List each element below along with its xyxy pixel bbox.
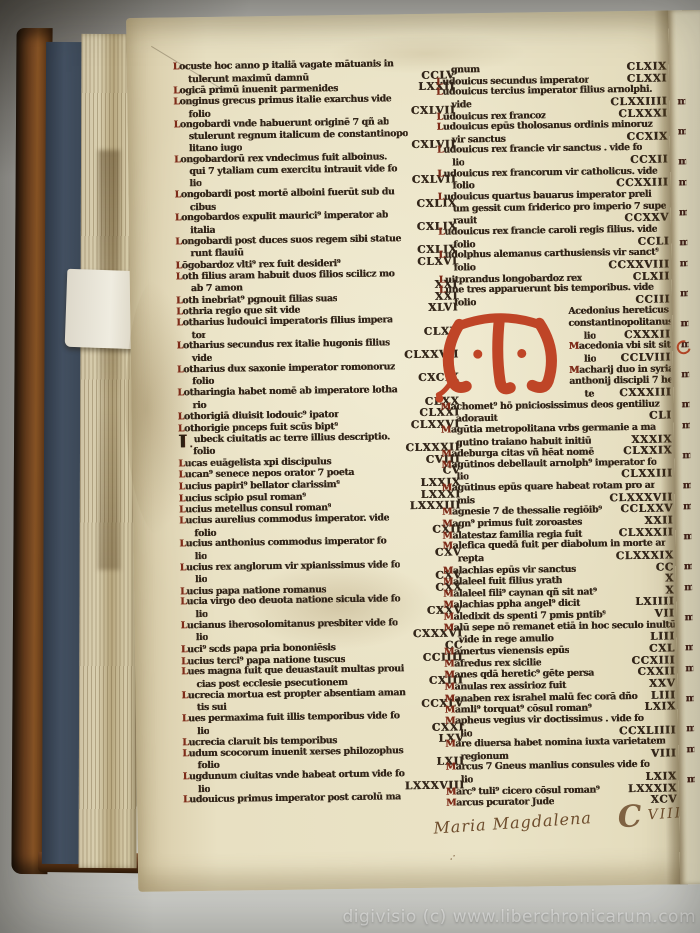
rubricated-initial: L — [175, 213, 181, 224]
rubricated-initial: M — [444, 647, 454, 658]
entry-text: lio — [180, 609, 207, 620]
rubricated-initial: L — [182, 748, 188, 759]
rubricated-initial: L — [181, 644, 187, 655]
rubricated-initial: L — [179, 493, 185, 504]
rubricated-initial: M — [442, 483, 452, 494]
fore-edge-partial-glyph: m — [686, 744, 694, 755]
watermark-text: digivisio (c) www.liberchronicarum.com — [342, 907, 696, 927]
rubricated-initial: M — [443, 565, 453, 576]
fore-edge-partial-glyph: m — [686, 693, 694, 704]
entry-text: rio — [177, 400, 206, 411]
fore-edge-partial-glyph: m — [687, 774, 695, 785]
text-column-right: gnumCLXIXLudouicus secundus imperatorCLX… — [436, 60, 677, 808]
rubricated-initial: M — [445, 739, 455, 750]
rubricated-initial: M — [444, 658, 454, 669]
entry-text: lio — [182, 725, 209, 736]
fore-edge-partial-glyph: m — [679, 258, 687, 269]
rubricated-initial: L — [180, 562, 186, 573]
rubricated-initial: L — [178, 423, 184, 434]
rubricated-initial: L — [181, 656, 187, 667]
rubricated-initial: L — [180, 597, 186, 608]
rubricated-initial: L — [180, 620, 186, 631]
rubricated-initial: L — [174, 189, 180, 200]
rubricated-initial: L — [183, 795, 189, 806]
entry-text: Macedonia vbi sit sita fo — [569, 340, 671, 352]
book-photograph: Locuste hoc anno p italiā vagate mātuani… — [0, 0, 700, 933]
fore-edge-partial-glyph: m — [682, 450, 690, 461]
fore-edge-partial-glyph: m — [678, 156, 686, 167]
entry-text: lio — [445, 728, 472, 739]
entry-text: folio — [439, 262, 476, 274]
rubricated-initial: L — [436, 76, 442, 87]
rubricated-initial: L — [436, 111, 442, 122]
rubricated-initial: M — [443, 577, 453, 588]
rubricated-initial: M — [443, 588, 453, 599]
fore-edge-partial-glyph: m — [683, 501, 691, 512]
rubricated-initial: L — [439, 274, 445, 285]
entry-text: runt flauiū — [175, 248, 243, 260]
entry-text: Ludouicus primus imperator post carolū m… — [183, 792, 401, 806]
rubricated-initial: M — [569, 364, 579, 375]
fore-edge-partial-glyph: m — [681, 369, 689, 380]
entry-text: Malaleel fuit filius yrath — [443, 575, 562, 588]
handwriting-mark: C — [617, 799, 643, 836]
rubricated-initial: L — [181, 690, 187, 701]
rubricated-initial: M — [441, 424, 451, 435]
fore-edge-red-mark — [674, 338, 693, 357]
rubricated-initial: L — [178, 470, 184, 481]
entry-text: lio — [569, 353, 596, 364]
rubricated-initial: L — [173, 119, 179, 130]
entry-text: Lucius scipio psul roman⁹ — [179, 491, 306, 504]
rubricated-initial: M — [446, 786, 456, 797]
fore-edge-partial-glyph: m — [680, 288, 688, 299]
rubricated-initial: M — [441, 449, 451, 460]
rubricated-initial: M — [445, 715, 455, 726]
rubricated-initial: L — [179, 481, 185, 492]
rubricated-initial: L — [179, 515, 185, 526]
entry-text: Marc⁹ tuli⁹ cicero cōsul roman⁹ — [446, 784, 600, 797]
rubricated-initial: L — [173, 86, 179, 97]
rubricated-initial: L — [175, 260, 181, 271]
rubricated-initial: L — [179, 538, 185, 549]
ink-dots: .· — [449, 851, 456, 862]
rubricated-initial: M — [445, 705, 455, 716]
rubricated-initial: L — [173, 61, 179, 72]
rubricated-initial: L — [182, 713, 188, 724]
entry-text: lio — [446, 774, 473, 785]
fore-edge-partial-glyph: m — [679, 207, 687, 218]
rubricated-initial: M — [444, 681, 454, 692]
entry-text: lio — [183, 784, 210, 795]
fore-edge-partial-glyph: m — [684, 582, 692, 593]
rubricated-initial: L — [176, 295, 182, 306]
entry-text: lio — [181, 632, 208, 643]
fore-edge-partial-glyph: m — [677, 96, 685, 107]
entry-text: lio — [174, 178, 201, 189]
fore-edge-partial-glyph: m — [684, 561, 692, 572]
rubricated-initial: L — [177, 341, 183, 352]
entry-text: Manulas rex assirioz fuit — [444, 680, 566, 693]
rubricated-initial: M — [443, 600, 453, 611]
rubricated-initial: L — [177, 364, 183, 375]
rubricated-initial: L — [180, 586, 186, 597]
rubricated-initial: M — [444, 670, 454, 681]
rubricated-initial: M — [446, 798, 456, 809]
entry-text: vide in rege amulio — [444, 633, 554, 646]
rubricated-initial: L — [174, 154, 180, 165]
entry-text: ab 7 amon — [176, 283, 243, 295]
fore-edge-partial-glyph: m — [685, 663, 693, 674]
entry-text: repta — [443, 553, 484, 565]
rubricated-initial: M — [444, 622, 454, 633]
rubricated-initial: L — [436, 87, 442, 98]
fore-edge-partial-glyph: m — [678, 126, 686, 137]
fore-edge-partial-glyph: m — [683, 480, 691, 491]
entry-text: lio — [180, 551, 207, 562]
rubricated-initial: L — [438, 250, 444, 261]
rubricated-initial: L — [438, 192, 444, 203]
rubricated-initial: M — [445, 693, 455, 704]
fore-edge-partial-glyph: m — [683, 531, 691, 542]
entry-text: Manes qdā heretic⁹ gēte persa — [444, 668, 594, 681]
rubricated-initial: L — [438, 227, 444, 238]
rubricated-initial: L — [437, 145, 443, 156]
fore-edge-partial-glyph: m — [681, 399, 689, 410]
rubricated-initial: L — [179, 505, 185, 516]
rubricated-initial: L — [176, 271, 182, 282]
rubricated-initial: L — [183, 771, 189, 782]
illuminated-initial-M — [429, 303, 570, 405]
entry-text: vide — [436, 99, 471, 110]
fore-edge-partial-glyph: m — [684, 612, 692, 623]
rubricated-initial: L — [177, 387, 183, 398]
rubricated-initial: L — [437, 168, 443, 179]
page-stack-stain — [98, 150, 120, 570]
entry-text: anthonij discipli 7 heremi — [569, 375, 671, 387]
entry-text: Acedonius hereticus epūs — [568, 305, 670, 317]
entry-text: lio — [568, 330, 595, 341]
rubricated-initial: L — [178, 411, 184, 422]
fore-edge-partial-glyph: m — [686, 723, 694, 734]
entry-text: folio — [178, 446, 215, 458]
rubricated-initial: M — [445, 762, 455, 773]
text-column-left: Locuste hoc anno p italiā vagate mātuani… — [173, 57, 465, 806]
rubricated-initial: L — [439, 285, 445, 296]
rubricated-initial: M — [443, 612, 453, 623]
handwriting-name: Maria Magdalena — [433, 808, 593, 837]
entry-text: gnum — [436, 64, 480, 76]
rubricated-initial: M — [442, 507, 452, 518]
rubricated-initial: L — [176, 307, 182, 318]
rubricated-initial: M — [569, 341, 579, 352]
rubricated-initial: M — [442, 530, 452, 541]
rubricated-initial: L — [181, 667, 187, 678]
fore-edge-partial-glyph: m — [678, 177, 686, 188]
entry-text: mis — [442, 495, 475, 506]
entry-text: Macharij duo in syria bti — [569, 363, 671, 375]
rubricated-initial: L — [178, 458, 184, 469]
entry-text: Māfredus rex sicilie — [444, 657, 541, 669]
entry-text: Mamertus vienensis epūs — [444, 645, 570, 658]
fore-edge-partial-glyph: m — [679, 237, 687, 248]
rubricated-initial: L — [175, 236, 181, 247]
fore-edge-partial-glyph: m — [685, 642, 693, 653]
rubricated-initial: L — [173, 96, 179, 107]
index-page: Locuste hoc anno p italiā vagate mātuani… — [126, 10, 700, 892]
rubricated-initial: M — [441, 459, 451, 470]
entry-text: constantinopolitanus fo — [568, 317, 670, 329]
entry-text: lio — [180, 574, 207, 585]
entry-text: Lucius papiri⁹ bellator clarissim⁹ — [179, 479, 340, 492]
rubricated-initial: L — [437, 122, 443, 133]
rubricated-initial: L — [182, 737, 188, 748]
fore-edge-partial-glyph: m — [680, 318, 688, 329]
entry-text: lio — [437, 157, 464, 168]
rubricated-initial: M — [442, 518, 452, 529]
rubricated-initial: L — [176, 317, 182, 328]
fore-edge-partial-glyph: m — [682, 420, 690, 431]
entry-text: lio — [441, 472, 468, 483]
rubricated-initial: M — [442, 541, 452, 552]
entry-text: te — [569, 388, 594, 399]
entry-text: Loth inebriat⁹ pgnouit filias suas — [176, 293, 338, 306]
